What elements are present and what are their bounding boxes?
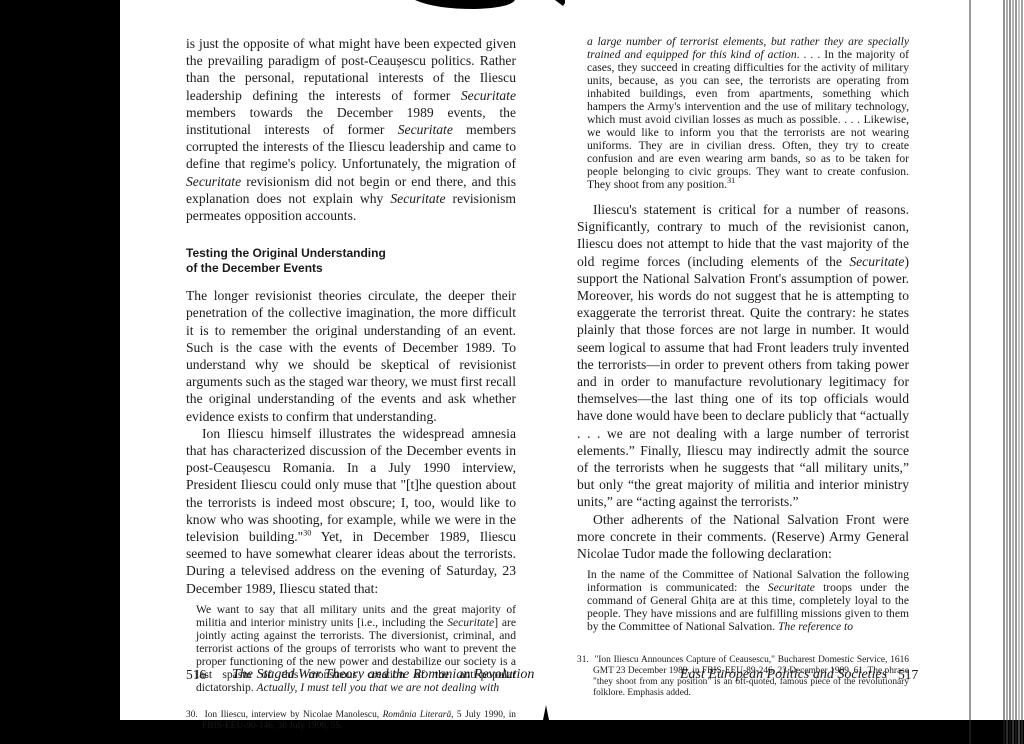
page-number-left: 516 — [186, 667, 206, 683]
footnote-ref-30[interactable]: 30 — [303, 529, 311, 538]
footnote-30: 30. Ion Iliescu, interview by Nicolae Ma… — [186, 710, 516, 732]
left-page-column: is just the opposite of what might have … — [186, 35, 516, 732]
paragraph-longer-revisionist: The longer revisionist theories circulat… — [186, 287, 516, 425]
paragraph-continued: is just the opposite of what might have … — [186, 35, 516, 224]
footnote-ref-31[interactable]: 31 — [727, 176, 735, 185]
paragraph-statement-critical: Iliescu's statement is critical for a nu… — [577, 201, 909, 511]
page-number-right: 517 — [898, 667, 918, 683]
section-heading: Testing the Original Understanding of th… — [186, 246, 516, 275]
paragraph-iliescu-amnesia: Ion Iliescu himself illustrates the wide… — [186, 425, 516, 597]
paragraph-other-adherents: Other adherents of the National Salvatio… — [577, 511, 909, 563]
scan-shadow-left — [0, 0, 120, 744]
book-spine-edges — [967, 0, 1024, 744]
block-quote-continued: a large number of terrorist elements, bu… — [587, 35, 909, 191]
block-quote-tudor: In the name of the Committee of National… — [587, 568, 909, 633]
scan-blot-top — [415, 0, 565, 14]
running-head-right: East European Politics and Societies — [680, 667, 887, 683]
right-page-column: a large number of terrorist elements, bu… — [577, 35, 909, 699]
running-head-left: The Staged War Theory and the Romanian R… — [232, 667, 534, 683]
